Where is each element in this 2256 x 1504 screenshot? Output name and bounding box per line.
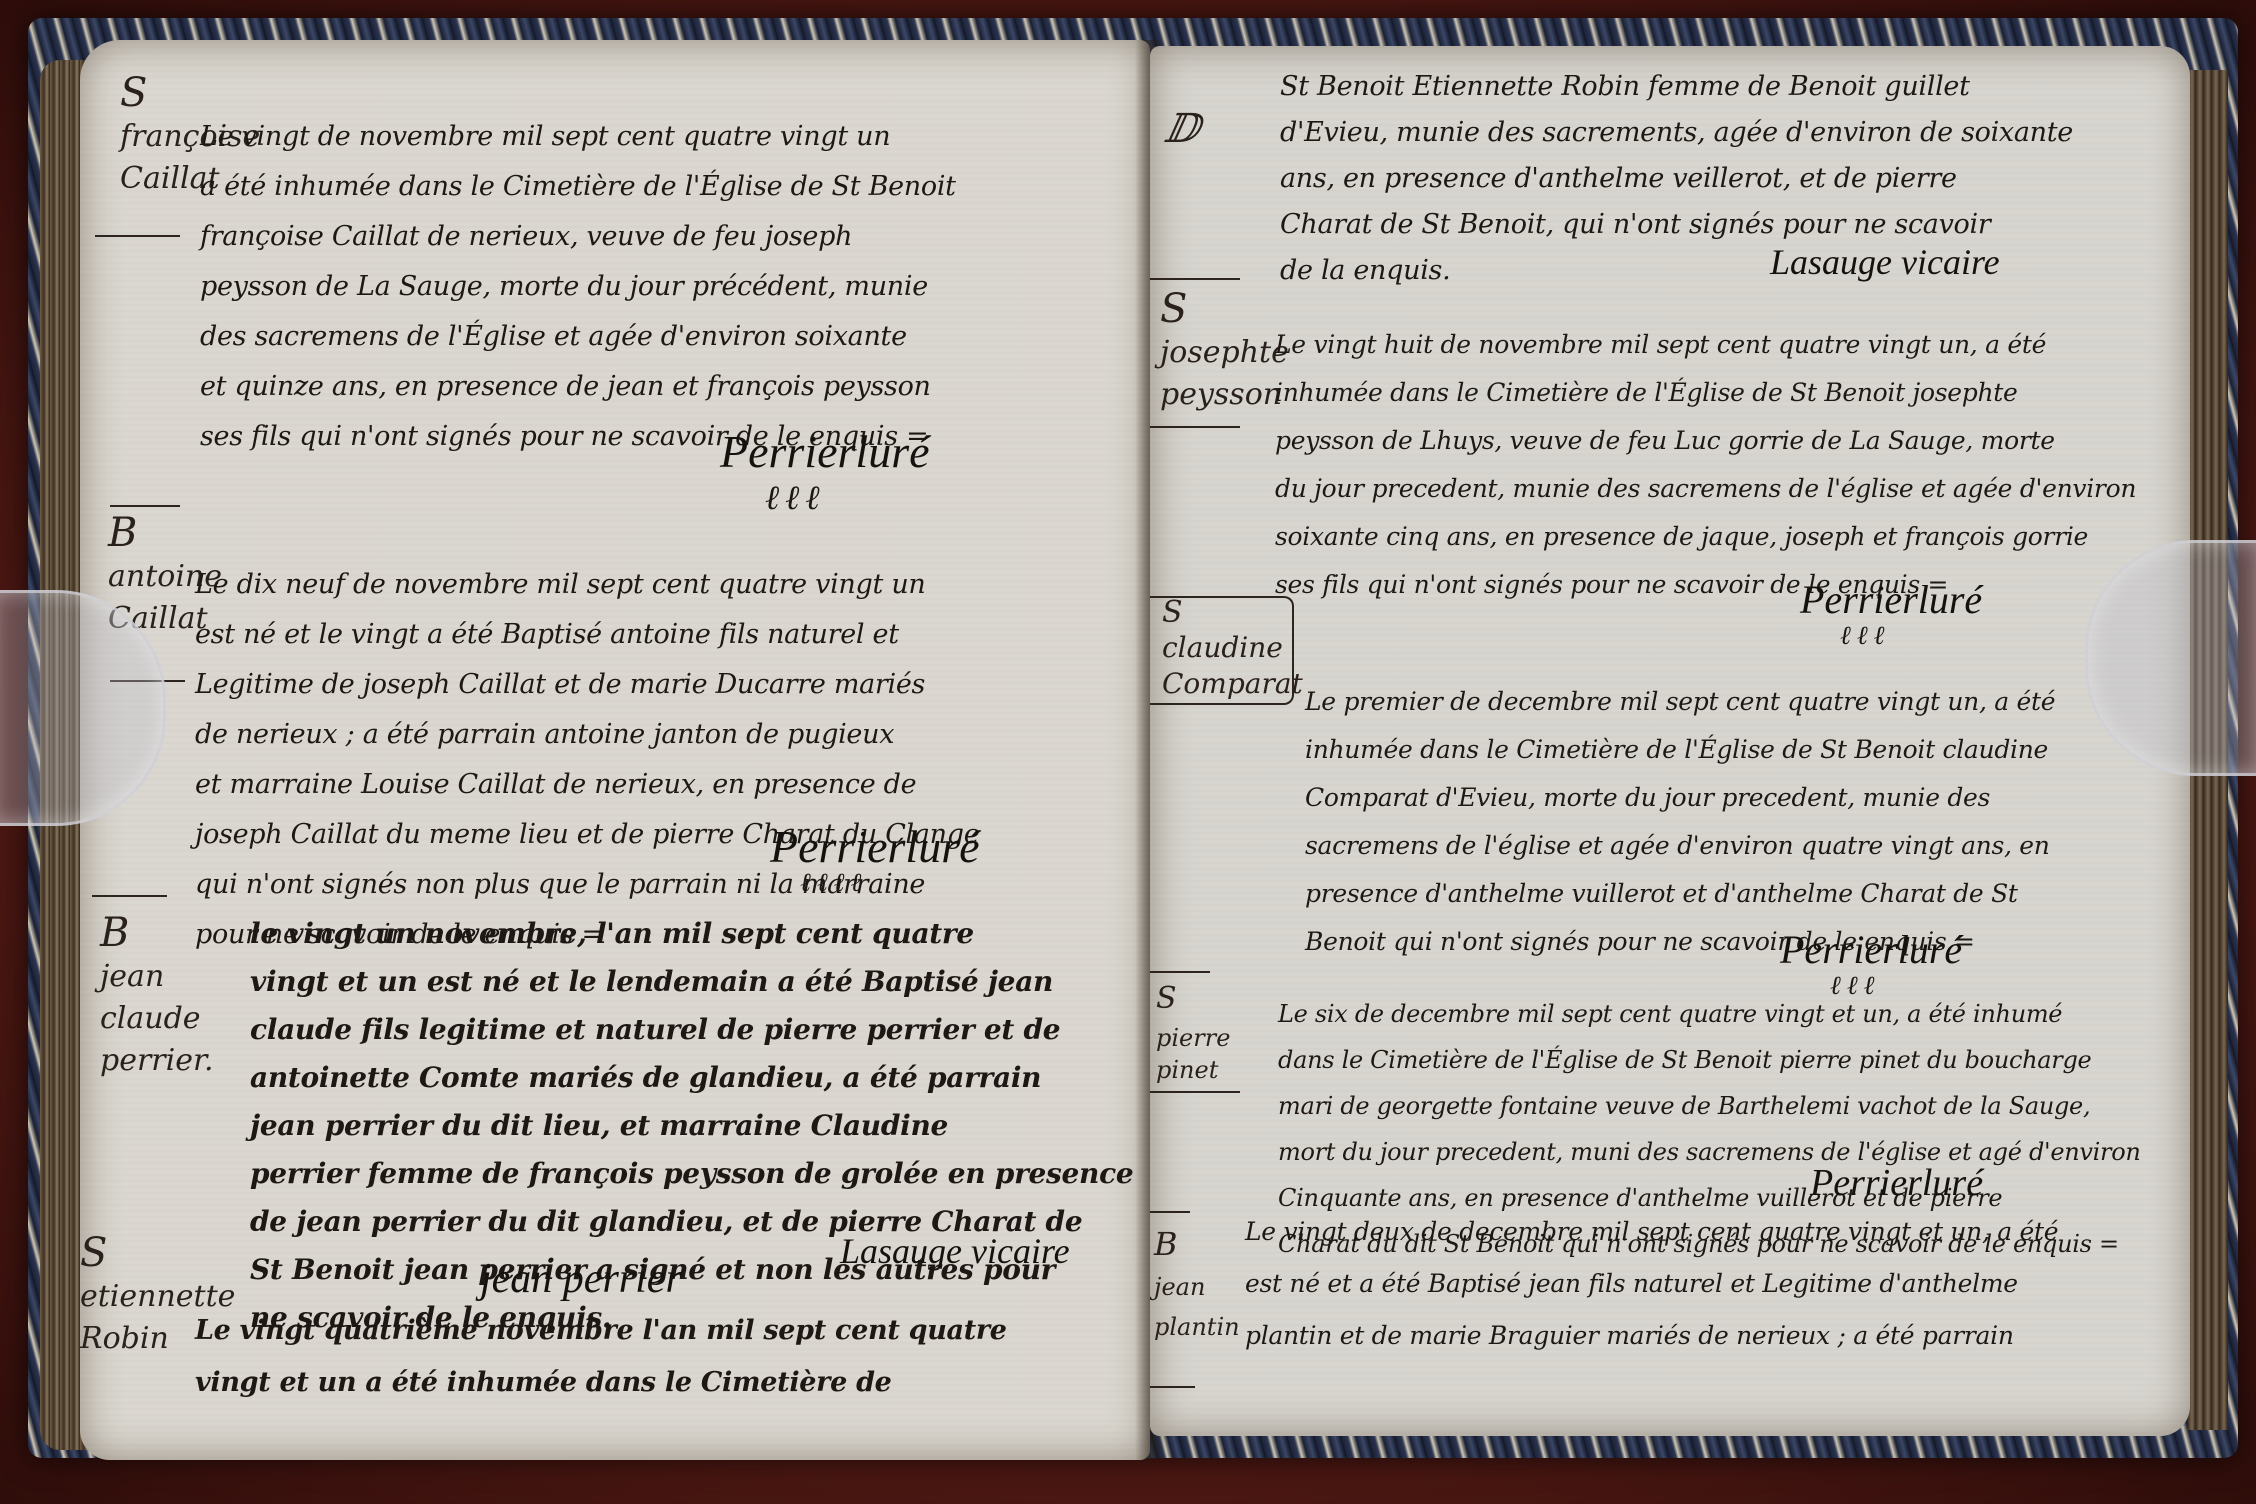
signature-flourish: ℓℓℓ: [765, 480, 825, 518]
right-page: ⅅ St Benoit Etiennette Robin femme de Be…: [1150, 46, 2190, 1436]
margin-rule: [1150, 971, 1210, 973]
margin-rule: [95, 235, 180, 237]
margin-rule: [1150, 1211, 1190, 1213]
signature-flourish: ℓℓℓℓ: [800, 868, 867, 898]
signature-perrierlure: Perrierluré: [1810, 1161, 1983, 1205]
signature-perrierlure: Perrierluré: [720, 425, 930, 478]
entry-burial-francoise-caillat: Le vingt de novembre mil sept cent quatr…: [200, 112, 956, 462]
margin-rule: [1150, 278, 1240, 280]
signature-perrierlure: Perrierluré: [1780, 926, 1962, 973]
margin-note-claudine-comparat: S claudine Comparat: [1162, 596, 1303, 702]
margin-note-josephte-peysson: S josephte peysson: [1160, 286, 1289, 416]
entry-baptism-antoine-caillat: Le dix neuf de novembre mil sept cent qu…: [195, 560, 979, 960]
entry-baptism-jean-claude-perrier: le vingt un novembre, l'an mil sept cent…: [250, 910, 1133, 1342]
entry-burial-etiennette-robin-start: Le vingt quatrième novembre l'an mil sep…: [195, 1305, 1007, 1409]
margin-rule: [110, 505, 180, 507]
entry-burial-claudine-comparat: Le premier de decembre mil sept cent qua…: [1305, 678, 2055, 966]
signature-lasauge-vicaire: Lasauge vicaire: [1770, 241, 2000, 283]
margin-note-jean-claude-perrier: B jean claude perrier.: [100, 910, 214, 1082]
signature-perrierlure: Perrierluré: [1800, 576, 1982, 623]
signature-jean-perrier: jean perrier: [480, 1255, 682, 1303]
signature-lasauge-vicaire: Lasauge vicaire: [840, 1230, 1070, 1272]
margin-rule: [1150, 1386, 1195, 1388]
margin-rule: [1150, 1091, 1240, 1093]
margin-mark: ⅅ: [1165, 106, 1200, 152]
entry-baptism-jean-plantin: Le vingt deux de decembre mil sept cent …: [1245, 1206, 2058, 1362]
margin-note-jean-plantin: B jean plantin: [1154, 1221, 1240, 1347]
margin-rule: [92, 895, 167, 897]
signature-perrierlure: Perrierluré: [770, 820, 980, 873]
signature-flourish: ℓℓℓ: [1840, 621, 1891, 651]
entry-burial-josephte-peysson: Le vingt huit de novembre mil sept cent …: [1275, 321, 2136, 609]
margin-rule: [1150, 426, 1240, 428]
left-page: S françoise Caillat Le vingt de novembre…: [80, 40, 1150, 1460]
margin-note-pierre-pinet: S pierre pinet: [1156, 976, 1230, 1086]
